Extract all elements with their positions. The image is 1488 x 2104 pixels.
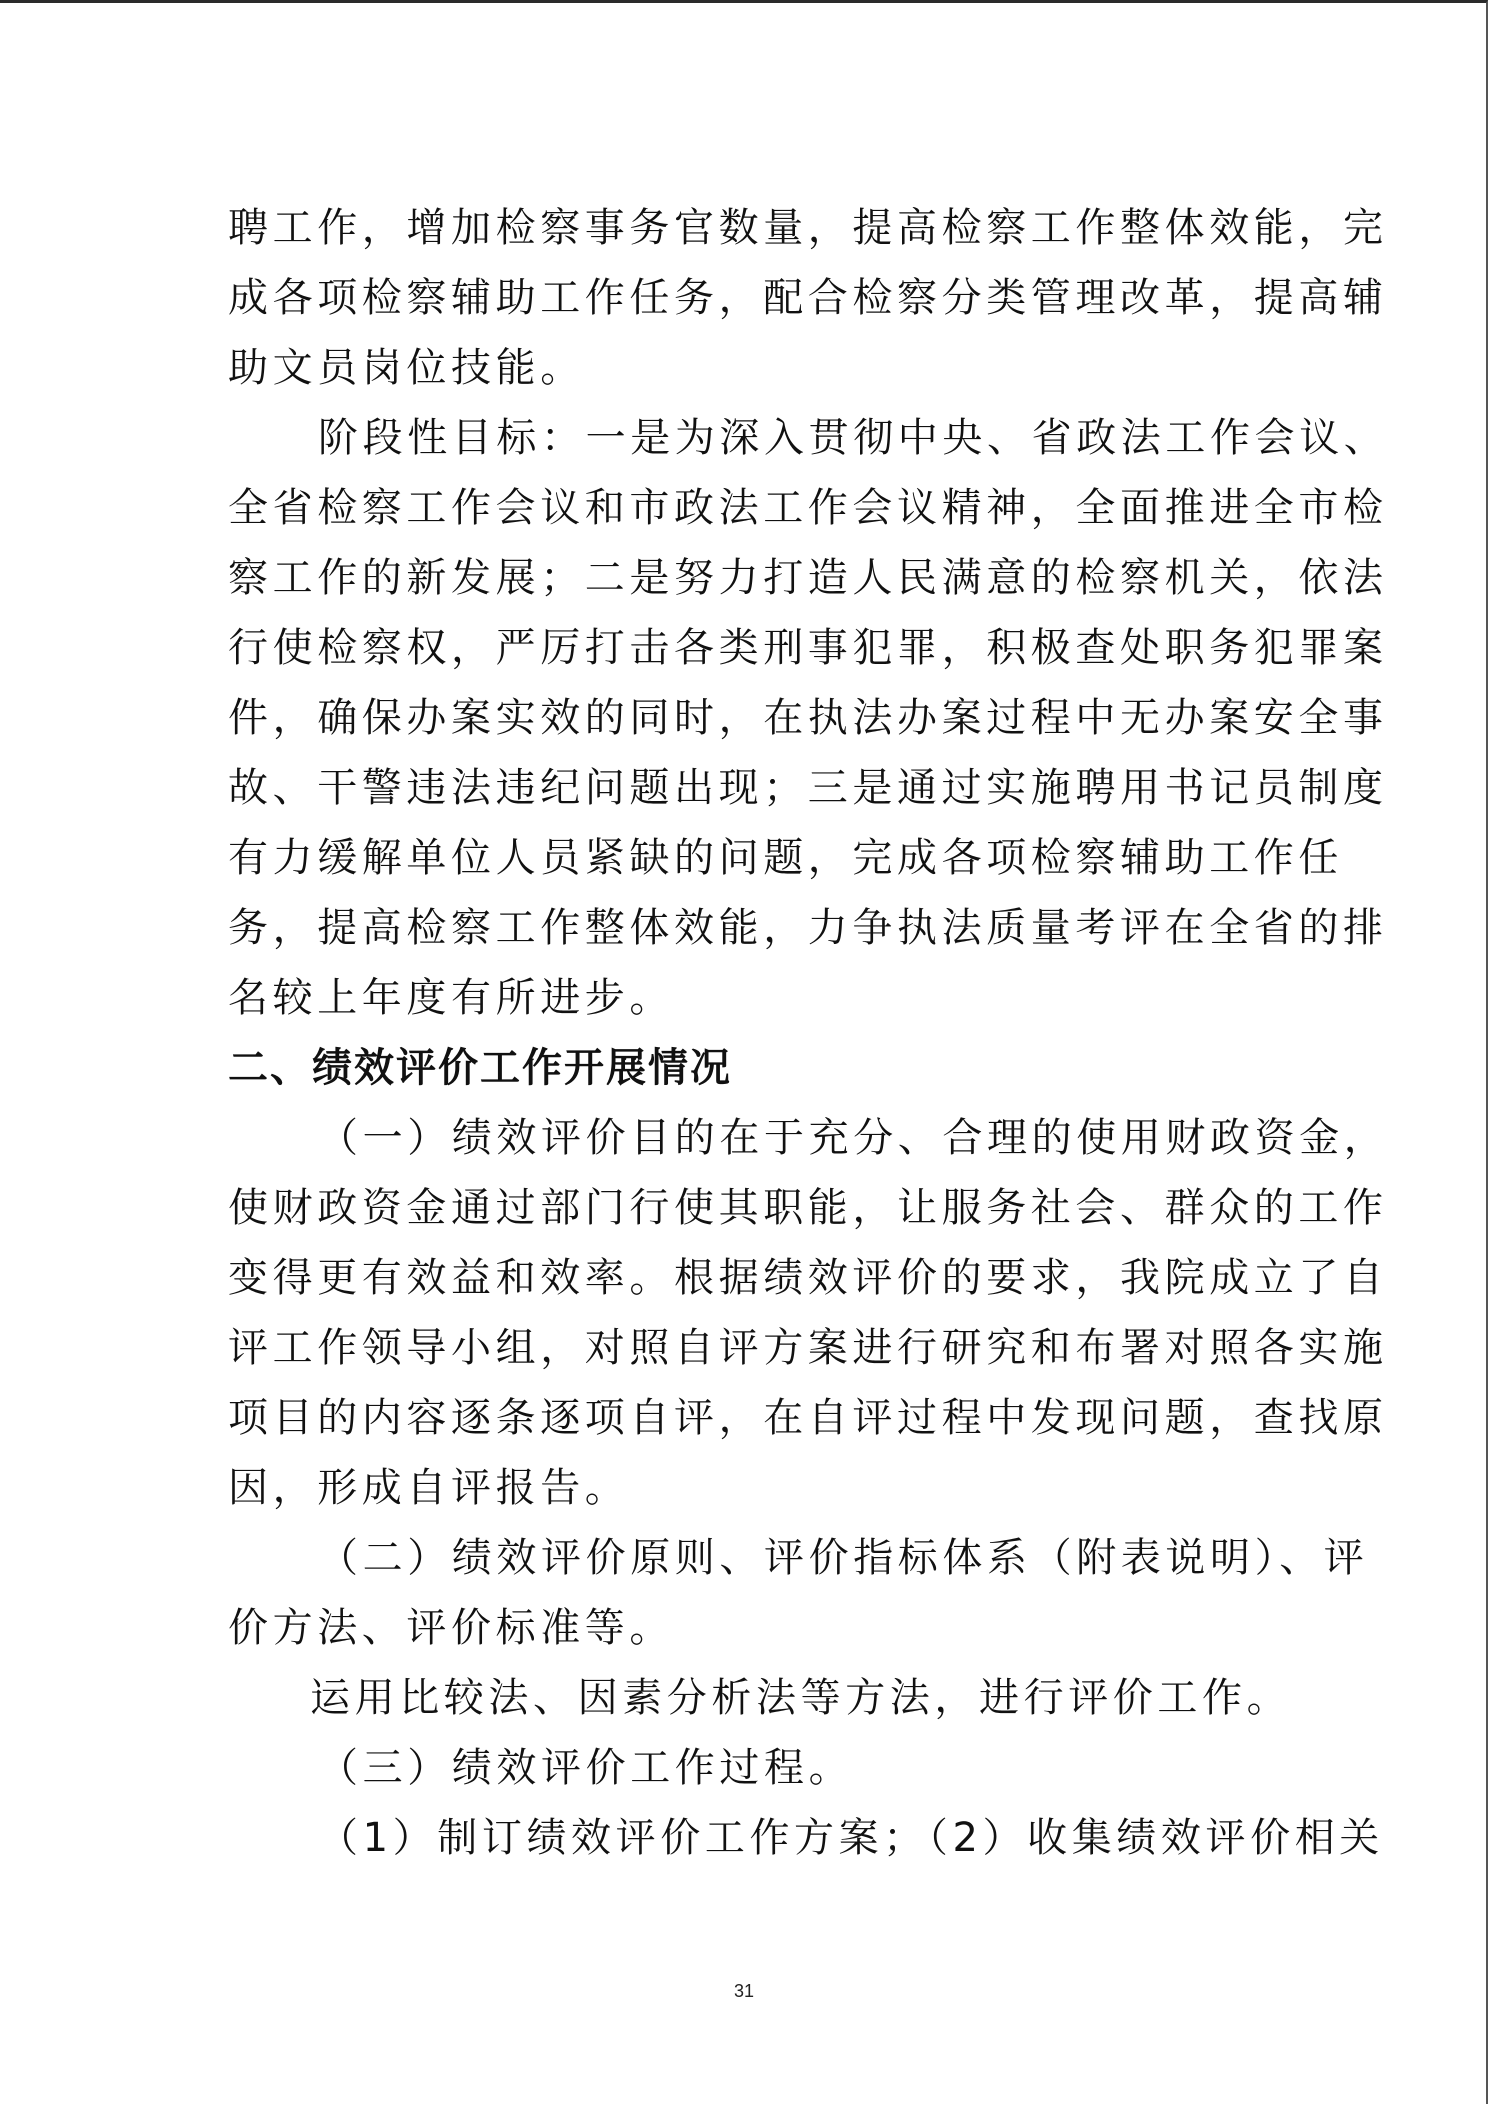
paragraph-line: 故、干警违法违纪问题出现；三是通过实施聘用书记员制度 xyxy=(228,753,1268,823)
paragraph-line: （二）绩效评价原则、评价指标体系（附表说明）、评 xyxy=(228,1523,1268,1593)
paragraph-line: 件，确保办案实效的同时，在执法办案过程中无办案安全事 xyxy=(228,683,1268,753)
page-number: 31 xyxy=(0,1981,1488,2002)
document-body: 聘工作，增加检察事务官数量，提高检察工作整体效能，完 成各项检察辅助工作任务，配… xyxy=(228,193,1268,1873)
paragraph-line: 成各项检察辅助工作任务，配合检察分类管理改革，提高辅 xyxy=(228,263,1268,333)
paragraph-line: 务，提高检察工作整体效能，力争执法质量考评在全省的排 xyxy=(228,893,1268,963)
paragraph-line: 助文员岗位技能。 xyxy=(228,333,1268,403)
paragraph-line: 察工作的新发展；二是努力打造人民满意的检察机关，依法 xyxy=(228,543,1268,613)
section-heading: 二、绩效评价工作开展情况 xyxy=(228,1033,1268,1103)
paragraph-line: 评工作领导小组，对照自评方案进行研究和布署对照各实施 xyxy=(228,1313,1268,1383)
document-page: 聘工作，增加检察事务官数量，提高检察工作整体效能，完 成各项检察辅助工作任务，配… xyxy=(0,0,1488,2104)
paragraph-line: 聘工作，增加检察事务官数量，提高检察工作整体效能，完 xyxy=(228,193,1268,263)
paragraph-line: 价方法、评价标准等。 xyxy=(228,1593,1268,1663)
paragraph-line: （1）制订绩效评价工作方案；（2）收集绩效评价相关 xyxy=(228,1803,1268,1873)
paragraph-line: 使财政资金通过部门行使其职能，让服务社会、群众的工作 xyxy=(228,1173,1268,1243)
paragraph-line: 阶段性目标：一是为深入贯彻中央、省政法工作会议、 xyxy=(228,403,1268,473)
paragraph-line: 行使检察权，严厉打击各类刑事犯罪，积极查处职务犯罪案 xyxy=(228,613,1268,683)
paragraph-line: 运用比较法、因素分析法等方法，进行评价工作。 xyxy=(228,1663,1268,1733)
paragraph-line: 全省检察工作会议和市政法工作会议精神，全面推进全市检 xyxy=(228,473,1268,543)
paragraph-line: 有力缓解单位人员紧缺的问题，完成各项检察辅助工作任 xyxy=(228,823,1268,893)
subsection-heading: （三）绩效评价工作过程。 xyxy=(228,1733,1268,1803)
paragraph-line: 名较上年度有所进步。 xyxy=(228,963,1268,1033)
paragraph-line: 变得更有效益和效率。根据绩效评价的要求，我院成立了自 xyxy=(228,1243,1268,1313)
paragraph-line: 项目的内容逐条逐项自评，在自评过程中发现问题，查找原 xyxy=(228,1383,1268,1453)
paragraph-line: 因，形成自评报告。 xyxy=(228,1453,1268,1523)
paragraph-line: （一）绩效评价目的在于充分、合理的使用财政资金， xyxy=(228,1103,1268,1173)
